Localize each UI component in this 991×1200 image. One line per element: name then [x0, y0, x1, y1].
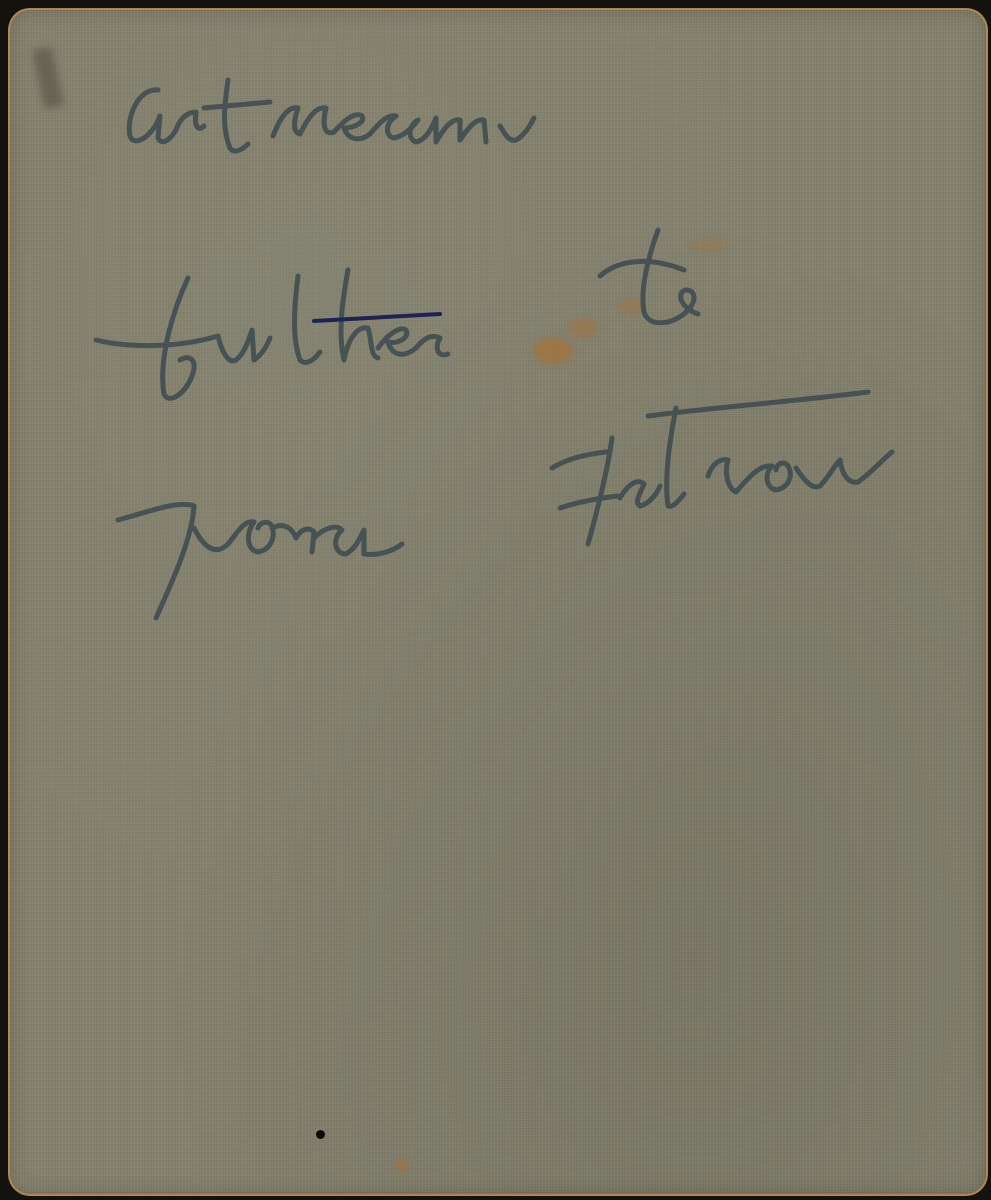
handwriting-strokes	[8, 8, 988, 1196]
handwriting-line-3-word-2: Feltrow	[548, 428, 552, 429]
photo-card-back: art mecani buthe to uthe nora Feltrow	[8, 8, 988, 1196]
handwriting-struck-segment: uthe	[314, 308, 316, 309]
handwriting-line-1: art mecani	[133, 88, 138, 89]
strike-through-line	[314, 314, 440, 321]
handwriting-line-2: buthe to	[98, 278, 102, 279]
scene: art mecani buthe to uthe nora Feltrow	[0, 0, 991, 1200]
handwriting-line-3-word-1: nora	[118, 508, 120, 509]
